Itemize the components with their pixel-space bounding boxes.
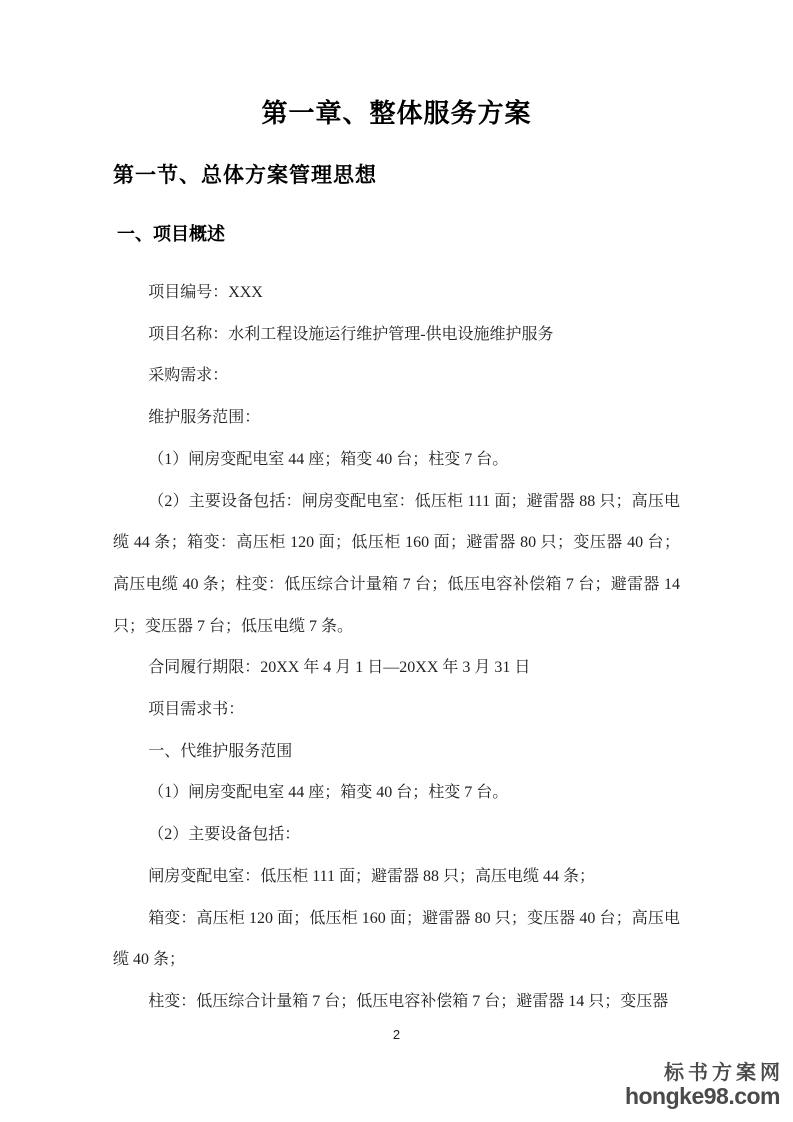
page-title: 第一章、整体服务方案 [113, 96, 680, 132]
paragraph: 合同履行期限：20XX 年 4 月 1 日—20XX 年 3 月 31 日 [113, 647, 680, 689]
section-heading: 第一节、总体方案管理思想 [113, 161, 680, 189]
document-page: 第一章、整体服务方案 第一节、总体方案管理思想 一、项目概述 项目编号：XXX项… [0, 0, 793, 1122]
paragraph: 项目编号：XXX [113, 272, 680, 314]
paragraph: 一、代维护服务范围 [113, 731, 680, 773]
paragraph: 采购需求： [113, 355, 680, 397]
paragraph: 柱变：低压综合计量箱 7 台；低压电容补偿箱 7 台；避雷器 14 只；变压器 [113, 981, 680, 1023]
paragraph: 项目需求书： [113, 689, 680, 731]
paragraph: （2）主要设备包括：闸房变配电室：低压柜 111 面；避雷器 88 只；高压电缆… [113, 481, 680, 648]
document-body: 项目编号：XXX项目名称：水利工程设施运行维护管理-供电设施维护服务采购需求：维… [113, 272, 680, 1023]
paragraph: 维护服务范围： [113, 397, 680, 439]
paragraph: 闸房变配电室：低压柜 111 面；避雷器 88 只；高压电缆 44 条； [113, 856, 680, 898]
subsection-heading: 一、项目概述 [113, 222, 680, 247]
watermark: 标书方案网 hongke98.com [625, 1063, 780, 1108]
paragraph: 箱变：高压柜 120 面；低压柜 160 面；避雷器 80 只；变压器 40 台… [113, 898, 680, 981]
watermark-site-name: 标书方案网 [625, 1063, 784, 1084]
watermark-site-url: hongke98.com [625, 1084, 780, 1108]
paragraph: （1）闸房变配电室 44 座；箱变 40 台；柱变 7 台。 [113, 439, 680, 481]
paragraph: （2）主要设备包括： [113, 814, 680, 856]
paragraph: （1）闸房变配电室 44 座；箱变 40 台；柱变 7 台。 [113, 772, 680, 814]
paragraph: 项目名称：水利工程设施运行维护管理-供电设施维护服务 [113, 314, 680, 356]
page-number: 2 [0, 1027, 793, 1042]
